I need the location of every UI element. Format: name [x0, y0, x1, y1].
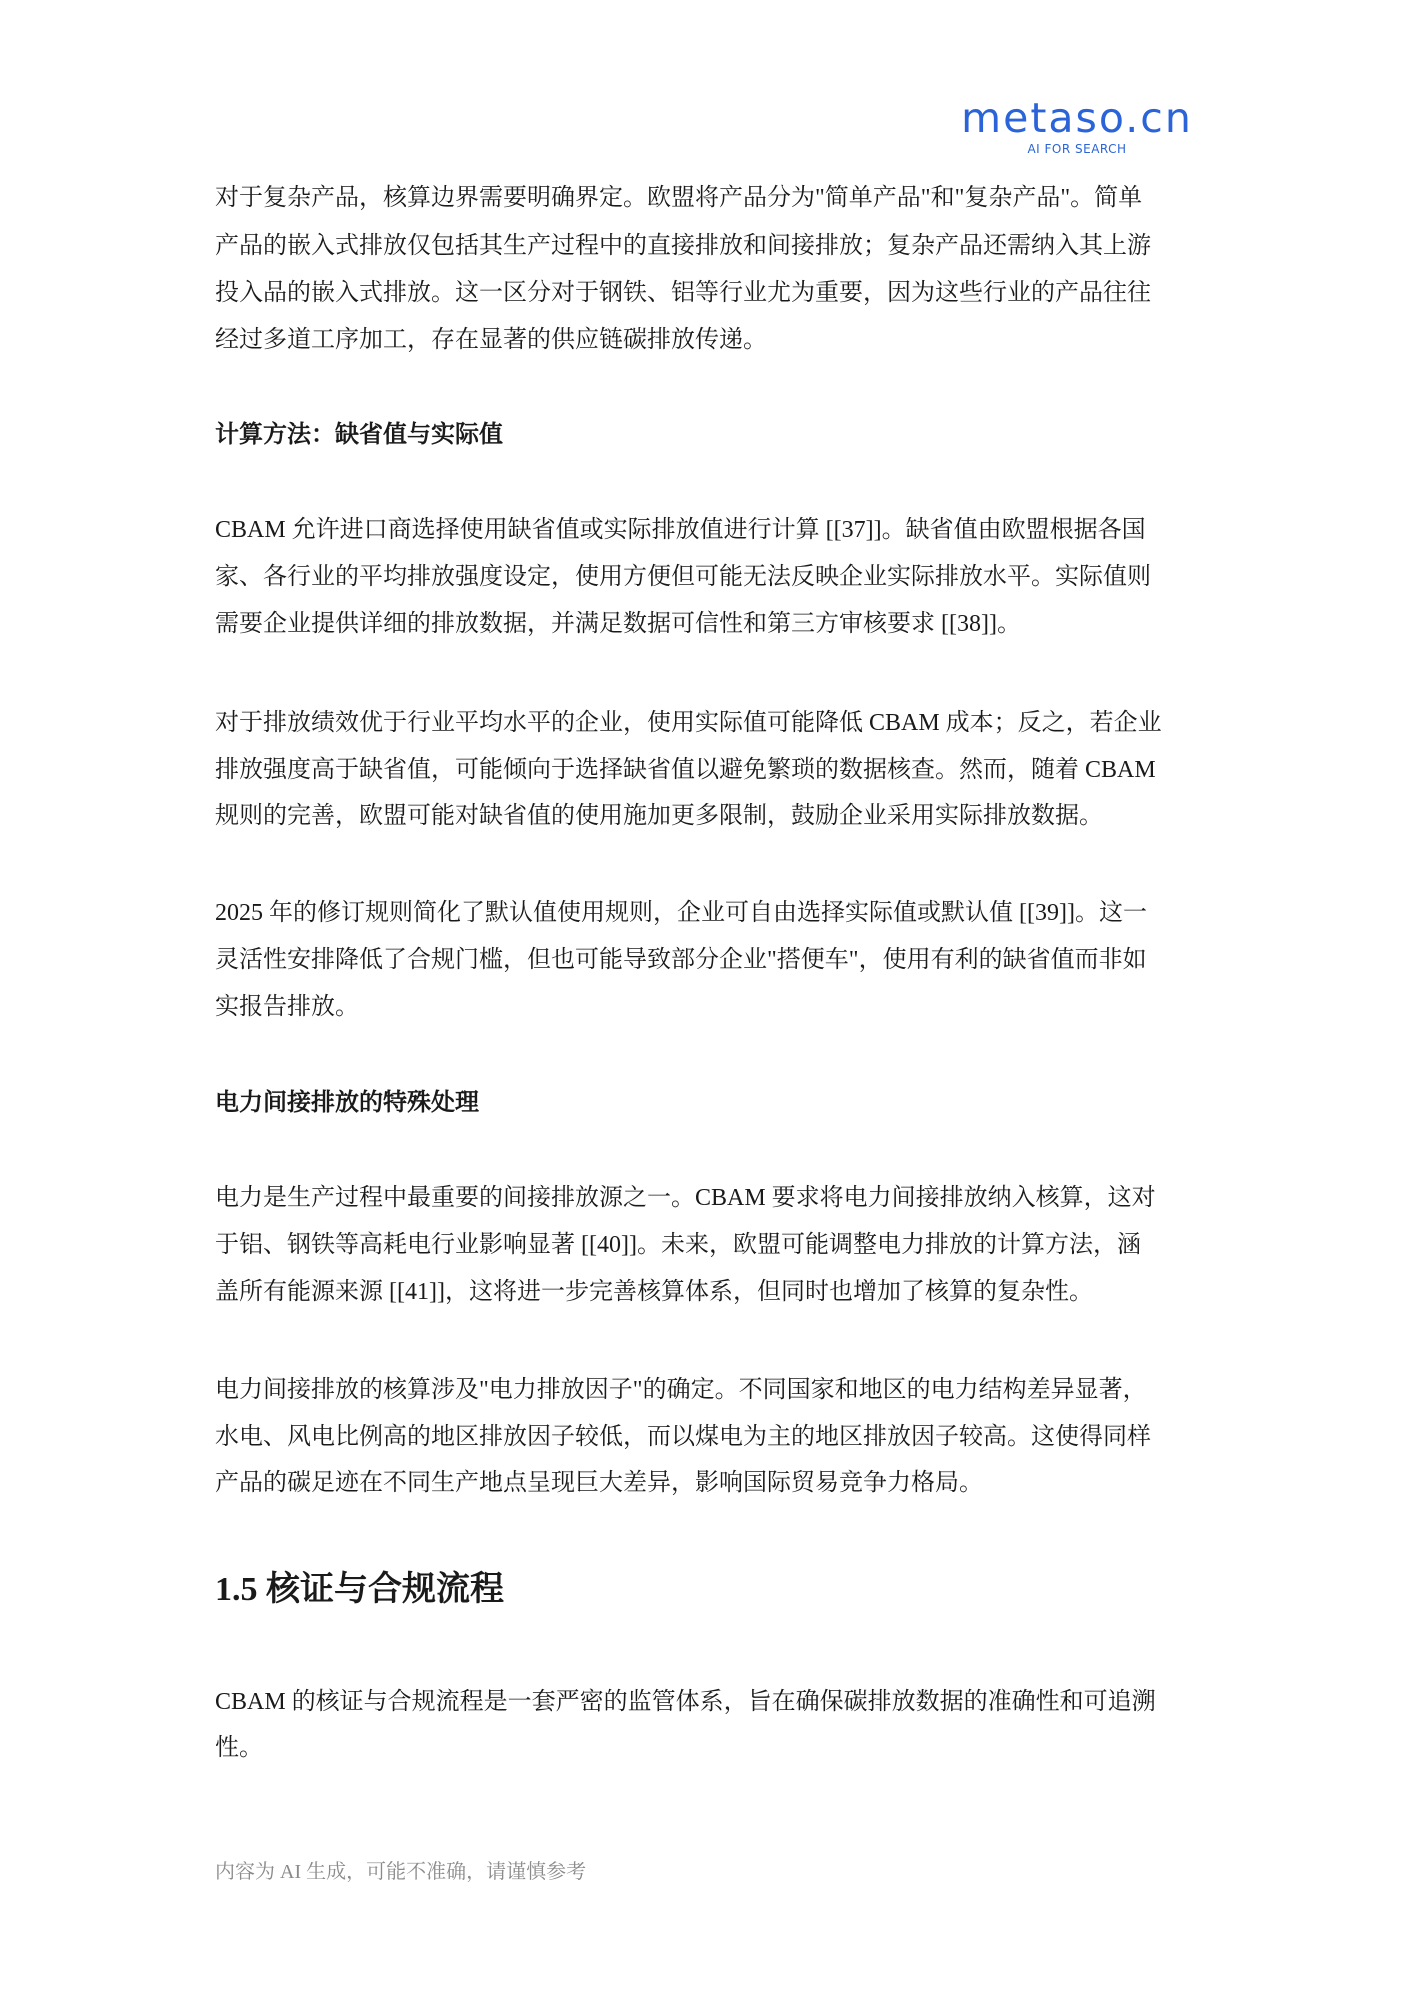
text-line: 产品的嵌入式排放仅包括其生产过程中的直接排放和间接排放；复杂产品还需纳入其上游: [215, 231, 1151, 261]
text-line: 经过多道工序加工，存在显著的供应链碳排放传递。: [215, 325, 767, 355]
text-line: 2025 年的修订规则简化了默认值使用规则，企业可自由选择实际值或默认值 [[3…: [215, 898, 1147, 928]
section-heading-verification: 1.5 核证与合规流程: [215, 1570, 504, 1610]
logo-tagline: AI FOR SEARCH: [952, 142, 1202, 156]
text-line: 对于复杂产品，核算边界需要明确界定。欧盟将产品分为"简单产品"和"复杂产品"。简…: [215, 183, 1142, 213]
text-line: 家、各行业的平均排放强度设定，使用方便但可能无法反映企业实际排放水平。实际值则: [215, 562, 1151, 592]
metaso-logo: metaso.cn AI FOR SEARCH: [952, 96, 1202, 156]
text-line: 规则的完善，欧盟可能对缺省值的使用施加更多限制，鼓励企业采用实际排放数据。: [215, 801, 1103, 831]
text-line: CBAM 允许进口商选择使用缺省值或实际排放值进行计算 [[37]]。缺省值由欧…: [215, 515, 1146, 545]
text-line: 实报告排放。: [215, 992, 359, 1022]
text-line: 投入品的嵌入式排放。这一区分对于钢铁、铝等行业尤为重要，因为这些行业的产品往往: [215, 278, 1151, 308]
text-line: CBAM 的核证与合规流程是一套严密的监管体系，旨在确保碳排放数据的准确性和可追…: [215, 1687, 1156, 1717]
text-line: 电力间接排放的核算涉及"电力排放因子"的确定。不同国家和地区的电力结构差异显著，: [215, 1375, 1147, 1405]
text-line: 盖所有能源来源 [[41]]，这将进一步完善核算体系，但同时也增加了核算的复杂性…: [215, 1277, 1093, 1307]
text-line: 需要企业提供详细的排放数据，并满足数据可信性和第三方审核要求 [[38]]。: [215, 609, 1021, 639]
subheading-power-emissions: 电力间接排放的特殊处理: [215, 1088, 479, 1118]
text-line: 产品的碳足迹在不同生产地点呈现巨大差异，影响国际贸易竞争力格局。: [215, 1468, 983, 1498]
text-line: 性。: [215, 1733, 263, 1763]
text-line: 电力是生产过程中最重要的间接排放源之一。CBAM 要求将电力间接排放纳入核算，这…: [215, 1183, 1156, 1213]
logo-wordmark: metaso.cn: [952, 96, 1202, 140]
subheading-calculation-method: 计算方法：缺省值与实际值: [215, 420, 503, 450]
text-line: 于铝、钢铁等高耗电行业影响显著 [[40]]。未来，欧盟可能调整电力排放的计算方…: [215, 1230, 1141, 1260]
text-line: 排放强度高于缺省值，可能倾向于选择缺省值以避免繁琐的数据核查。然而，随着 CBA…: [215, 755, 1156, 785]
text-line: 灵活性安排降低了合规门槛，但也可能导致部分企业"搭便车"，使用有利的缺省值而非如: [215, 945, 1147, 975]
text-line: 水电、风电比例高的地区排放因子较低，而以煤电为主的地区排放因子较高。这使得同样: [215, 1422, 1151, 1452]
ai-disclaimer: 内容为 AI 生成，可能不准确，请谨慎参考: [215, 1858, 586, 1886]
text-line: 对于排放绩效优于行业平均水平的企业，使用实际值可能降低 CBAM 成本；反之，若…: [215, 708, 1162, 738]
